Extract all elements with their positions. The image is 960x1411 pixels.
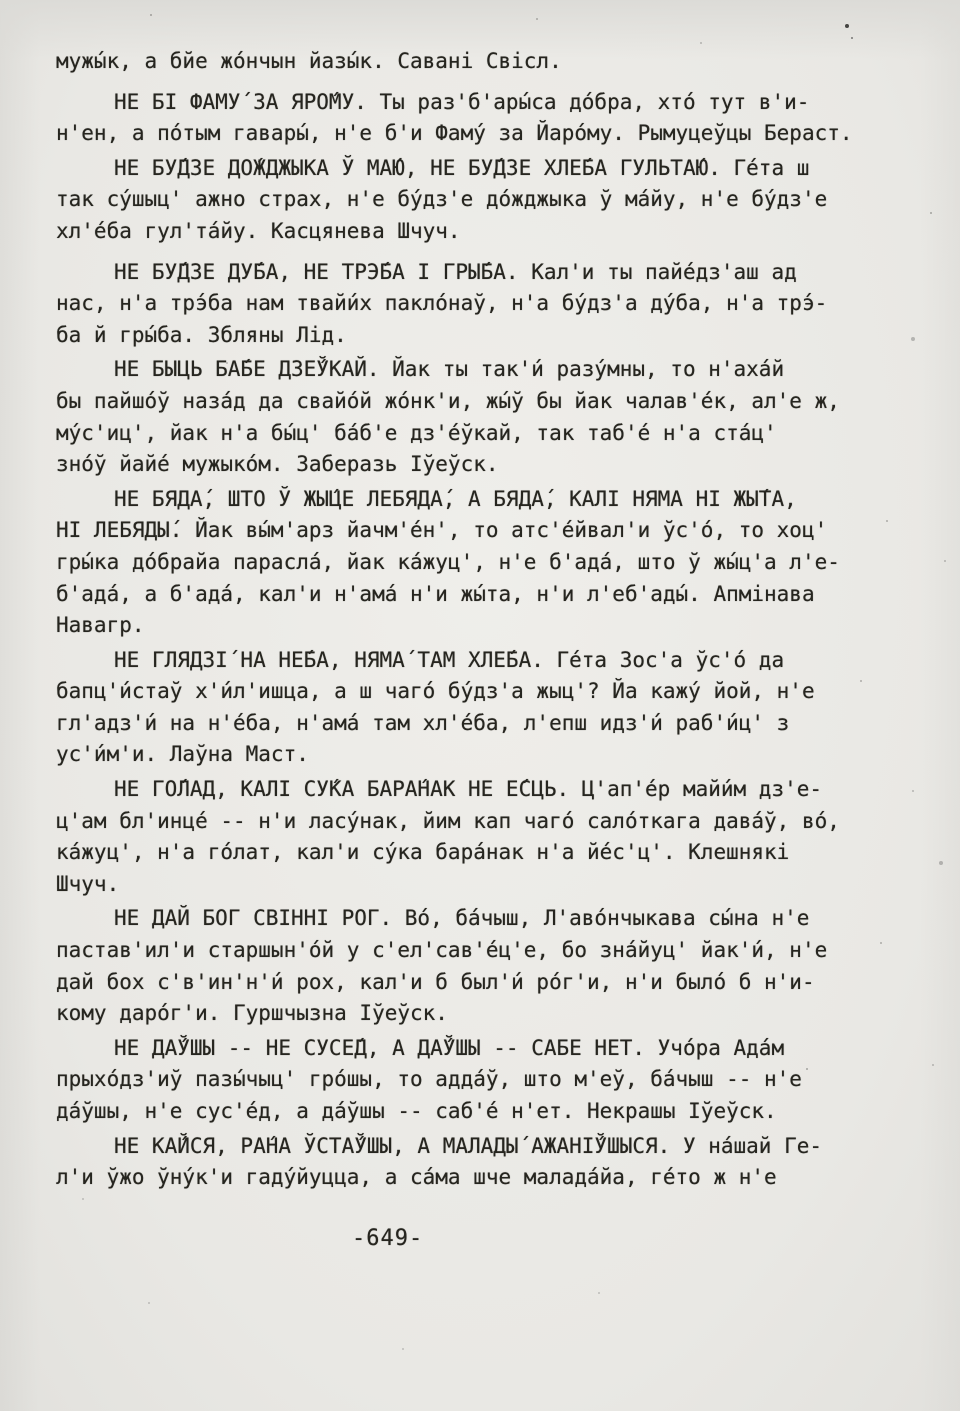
text-line: Шчуч. — [56, 869, 904, 901]
paragraph: НЕ ГО́ЛАД, КАЛІ СУ́КА БАРА́НАК НЕ Е́СЦЬ.… — [56, 774, 904, 900]
text-line: НЕ ГО́ЛАД, КАЛІ СУ́КА БАРА́НАК НЕ Е́СЦЬ.… — [56, 774, 904, 806]
text-line: зно́ў йайе́ мужыко́м. Заберазь Іўеўск. — [56, 449, 904, 481]
text-line: Навагр. — [56, 610, 904, 642]
text-line: ус'и́м'и. Лаўна Маст. — [56, 739, 904, 771]
text-line: НЕ БІ ФАМУ́ ЗА ЯРО́МУ. Ты раз'б'ары́са д… — [56, 87, 904, 119]
scanned-page: мужы́к, а бйе жо́нчын йазы́к. Савані Сві… — [0, 0, 960, 1411]
text-line: л'и ўжо ўну́к'и гаду́йуцца, а са́ма шче … — [56, 1162, 904, 1194]
text-line: НЕ БУ́ДЗЕ ДУ́БА, НЕ ТРЭ́БА І ГРЫ́БА. Кал… — [56, 257, 904, 289]
text-line: НЕ БЯДА́, ШТО Ў ЖЫ́ЦЕ ЛЕБЯДА́, А БЯДА́, … — [56, 484, 904, 516]
text-line: НЕ КА́ЙСЯ, РА́НА ЎСТА́ЎШЫ, А МАЛАДЫ́ АЖА… — [56, 1131, 904, 1163]
text-line: бапц'и́стаў х'и́л'ишца, а ш чаго́ бу́дз'… — [56, 676, 904, 708]
text-line: НЕ БЫЦЬ БА́БЕ ДЗЕ́ЎКАЙ. Йак ты так'и́ ра… — [56, 354, 904, 386]
paragraph: мужы́к, а бйе жо́нчын йазы́к. Савані Сві… — [56, 46, 904, 78]
paragraph: НЕ ДАЙ БОГ СВІННІ РОГ. Во́, ба́чыш, Л'ав… — [56, 903, 904, 1029]
paragraph: НЕ БІ ФАМУ́ ЗА ЯРО́МУ. Ты раз'б'ары́са д… — [56, 87, 904, 150]
text-line: дай бох с'в'ин'н'и́ рох, кал'и б был'и́ … — [56, 967, 904, 999]
text-line: прыхо́дз'иў пазы́чыц' гро́шы, то адда́ў,… — [56, 1064, 904, 1096]
text-line: бы пайшо́ў наза́д да свайо́й жо́нк'и, жы… — [56, 386, 904, 418]
text-line: мужы́к, а бйе жо́нчын йазы́к. Савані Сві… — [56, 46, 904, 78]
text-line: б'ада́, а б'ада́, кал'и н'ама́ н'и жы́та… — [56, 579, 904, 611]
text-line: ка́жуц', н'а го́лат, кал'и су́ка бара́на… — [56, 837, 904, 869]
text-line: да́ўшы, н'е сус'е́д, а да́ўшы -- саб'е́ … — [56, 1096, 904, 1128]
text-line: НЕ ДАЙ БОГ СВІННІ РОГ. Во́, ба́чыш, Л'ав… — [56, 903, 904, 935]
document-text: мужы́к, а бйе жо́нчын йазы́к. Савані Сві… — [56, 46, 904, 1197]
text-line: так су́шыц' ажно страх, н'е бу́дз'е до́ж… — [56, 184, 904, 216]
text-line: нас, н'а трэ́ба нам твайи́х пакло́наў, н… — [56, 288, 904, 320]
page-number: -649- — [352, 1226, 423, 1251]
text-line: НЕ БУ́ДЗЕ ДО́ЖДЖЫКА Ў МА́Ю, НЕ БУ́ДЗЕ ХЛ… — [56, 153, 904, 185]
text-line: НЕ ДА́ЎШЫ -- НЕ СУСЕ́Д, А ДА́ЎШЫ -- САБЕ… — [56, 1033, 904, 1065]
text-line: кому даро́г'и. Гуршчызна Іўеўск. — [56, 998, 904, 1030]
text-line: му́с'иц', йак н'а бы́ц' ба́б'е дз'е́ўкай… — [56, 418, 904, 450]
text-line: пастав'ил'и старшын'о́й у с'ел'сав'е́ц'е… — [56, 935, 904, 967]
paragraph: НЕ БЯДА́, ШТО Ў ЖЫ́ЦЕ ЛЕБЯДА́, А БЯДА́, … — [56, 484, 904, 642]
scan-speck-cluster — [0, 0, 2, 2]
text-line: ц'ам бл'инце́ -- н'и ласу́нак, йим кап ч… — [56, 806, 904, 838]
paragraph: НЕ ДА́ЎШЫ -- НЕ СУСЕ́Д, А ДА́ЎШЫ -- САБЕ… — [56, 1033, 904, 1128]
text-line: гл'адз'и́ на н'е́ба, н'ама́ там хл'е́ба,… — [56, 708, 904, 740]
text-line: НІ ЛЕБЯДЫ́. Йак вы́м'арз йачм'е́н', то а… — [56, 515, 904, 547]
paragraph: НЕ ГЛЯДЗІ́ НА НЕ́БА, НЯМА́ ТАМ ХЛЕ́БА. Г… — [56, 645, 904, 771]
text-line: гры́ка до́брайа парасла́, йак ка́жуц', н… — [56, 547, 904, 579]
paragraph: НЕ БУ́ДЗЕ ДО́ЖДЖЫКА Ў МА́Ю, НЕ БУ́ДЗЕ ХЛ… — [56, 153, 904, 248]
text-line: НЕ ГЛЯДЗІ́ НА НЕ́БА, НЯМА́ ТАМ ХЛЕ́БА. Г… — [56, 645, 904, 677]
text-line: хл'е́ба гул'та́йу. Касцянева Шчуч. — [56, 216, 904, 248]
paragraph: НЕ КА́ЙСЯ, РА́НА ЎСТА́ЎШЫ, А МАЛАДЫ́ АЖА… — [56, 1131, 904, 1194]
text-line: н'ен, а по́тым гавары́, н'е б'и Фаму́ за… — [56, 118, 904, 150]
paragraph: НЕ БУ́ДЗЕ ДУ́БА, НЕ ТРЭ́БА І ГРЫ́БА. Кал… — [56, 257, 904, 352]
text-line: ба й гры́ба. Збляны Лід. — [56, 320, 904, 352]
paragraph: НЕ БЫЦЬ БА́БЕ ДЗЕ́ЎКАЙ. Йак ты так'и́ ра… — [56, 354, 904, 480]
